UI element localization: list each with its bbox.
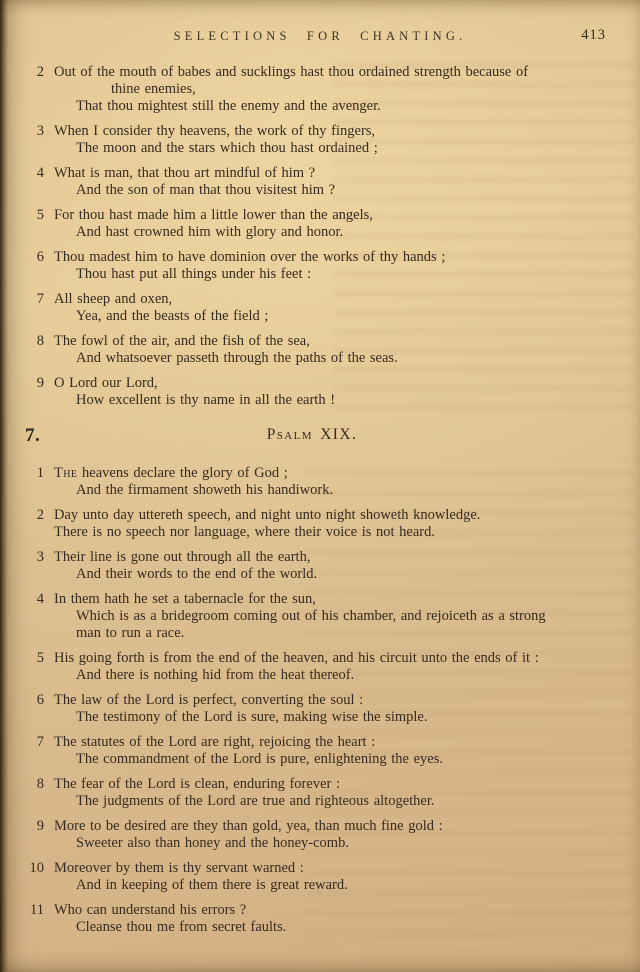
verse: 8The fear of the Lord is clean, enduring… — [0, 776, 624, 810]
verse-line: The statutes of the Lord are right, rejo… — [54, 734, 624, 751]
verse: 10Moreover by them is thy servant warned… — [0, 860, 624, 894]
verse: 3When I consider thy heavens, the work o… — [0, 123, 624, 157]
verse: 1The heavens declare the glory of God ;A… — [0, 465, 624, 499]
verse-line: The commandment of the Lord is pure, enl… — [76, 751, 624, 768]
verse-line: Thou hast put all things under his feet … — [76, 266, 624, 283]
verse-line: The heavens declare the glory of God ; — [54, 465, 624, 482]
verse: 2Out of the mouth of babes and sucklings… — [0, 64, 624, 115]
verse-line: What is man, that thou art mindful of hi… — [54, 165, 624, 182]
verse: 6The law of the Lord is perfect, convert… — [0, 692, 624, 726]
verse-line: The testimony of the Lord is sure, makin… — [76, 709, 624, 726]
verse-line: Which is as a bridegroom coming out of h… — [76, 608, 624, 625]
verse-number: 2 — [0, 507, 44, 524]
smallcaps-word: The — [54, 465, 77, 481]
verse: 5For thou hast made him a little lower t… — [0, 207, 624, 241]
verse-line: More to be desired are they than gold, y… — [54, 818, 624, 835]
verse: 11Who can understand his errors ?Cleanse… — [0, 902, 624, 936]
verse-line: How excellent is thy name in all the ear… — [76, 392, 624, 409]
verse-line: The fear of the Lord is clean, enduring … — [54, 776, 624, 793]
verse-line: Their line is gone out through all the e… — [54, 549, 624, 566]
selection-number: 7. — [25, 425, 40, 447]
psalm-title: Psalm XIX. — [0, 426, 624, 444]
verse: 4In them hath he set a tabernacle for th… — [0, 591, 624, 642]
verse-line: And there is nothing hid from the heat t… — [76, 667, 624, 684]
verse-number: 4 — [0, 165, 44, 182]
verse-number: 7 — [0, 734, 44, 751]
verse-line: And hast crowned him with glory and hono… — [76, 224, 624, 241]
verse-number: 10 — [0, 860, 44, 877]
verse-line: His going forth is from the end of the h… — [54, 650, 624, 667]
page-header: SELECTIONS FOR CHANTING. 413 — [0, 0, 640, 51]
verse: 8The fowl of the air, and the fish of th… — [0, 333, 624, 367]
verse-number: 6 — [0, 249, 44, 266]
verse-line: For thou hast made him a little lower th… — [54, 207, 624, 224]
verse: 6Thou madest him to have dominion over t… — [0, 249, 624, 283]
verse: 3Their line is gone out through all the … — [0, 549, 624, 583]
verse: 7The statutes of the Lord are right, rej… — [0, 734, 624, 768]
verse-line: The law of the Lord is perfect, converti… — [54, 692, 624, 709]
page-number: 413 — [581, 27, 606, 44]
verse-number: 8 — [0, 776, 44, 793]
verse-line: thine enemies, — [111, 81, 624, 98]
verse-line: When I consider thy heavens, the work of… — [54, 123, 624, 140]
psalm-19-verses-section: 1The heavens declare the glory of God ;A… — [0, 465, 624, 936]
verse-line: Who can understand his errors ? — [54, 902, 624, 919]
verse-line: That thou mightest still the enemy and t… — [76, 98, 624, 115]
verse-line: man to run a race. — [76, 625, 624, 642]
verse-line: And the firmament showeth his handiwork. — [76, 482, 624, 499]
selection-heading: 7. Psalm XIX. — [0, 426, 624, 450]
verse-line: Moreover by them is thy servant warned : — [54, 860, 624, 877]
verse-number: 4 — [0, 591, 44, 608]
verse-number: 3 — [0, 123, 44, 140]
psalm-8-verses-section: 2Out of the mouth of babes and sucklings… — [0, 64, 624, 409]
verse: 9O Lord our Lord,How excellent is thy na… — [0, 375, 624, 409]
verse-line: Sweeter also than honey and the honey-co… — [76, 835, 624, 852]
verse-number: 7 — [0, 291, 44, 308]
verse-line: And the son of man that thou visitest hi… — [76, 182, 624, 199]
verse-number: 9 — [0, 375, 44, 392]
verse-number: 5 — [0, 207, 44, 224]
verse-line: All sheep and oxen, — [54, 291, 624, 308]
verse-line: In them hath he set a tabernacle for the… — [54, 591, 624, 608]
verse-line: Cleanse thou me from secret faults. — [76, 919, 624, 936]
verse-line: Day unto day uttereth speech, and night … — [54, 507, 624, 524]
verse-number: 6 — [0, 692, 44, 709]
verse-number: 8 — [0, 333, 44, 350]
verse-number: 2 — [0, 64, 44, 81]
verse-number: 3 — [0, 549, 44, 566]
verse-number: 1 — [0, 465, 44, 482]
verse-line: The fowl of the air, and the fish of the… — [54, 333, 624, 350]
verse: 2Day unto day uttereth speech, and night… — [0, 507, 624, 541]
verse-line: There is no speech nor language, where t… — [54, 524, 624, 541]
verse: 5His going forth is from the end of the … — [0, 650, 624, 684]
verse-line: The judgments of the Lord are true and r… — [76, 793, 624, 810]
verse-line: And whatsoever passeth through the paths… — [76, 350, 624, 367]
verse-line: Thou madest him to have dominion over th… — [54, 249, 624, 266]
verse-number: 11 — [0, 902, 44, 919]
verse-line: And in keeping of them there is great re… — [76, 877, 624, 894]
verse-number: 5 — [0, 650, 44, 667]
verse-line: The moon and the stars which thou hast o… — [76, 140, 624, 157]
verse-line: Yea, and the beasts of the field ; — [76, 308, 624, 325]
verse-number: 9 — [0, 818, 44, 835]
verse-line: Out of the mouth of babes and sucklings … — [54, 64, 624, 81]
verse: 7All sheep and oxen,Yea, and the beasts … — [0, 291, 624, 325]
book-page-scan: SELECTIONS FOR CHANTING. 413 2Out of the… — [0, 0, 640, 972]
verse-line: O Lord our Lord, — [54, 375, 624, 392]
running-title: SELECTIONS FOR CHANTING. — [0, 29, 640, 44]
page-body: 2Out of the mouth of babes and sucklings… — [0, 64, 640, 936]
verse: 9More to be desired are they than gold, … — [0, 818, 624, 852]
verse: 4What is man, that thou art mindful of h… — [0, 165, 624, 199]
verse-line: And their words to the end of the world. — [76, 566, 624, 583]
